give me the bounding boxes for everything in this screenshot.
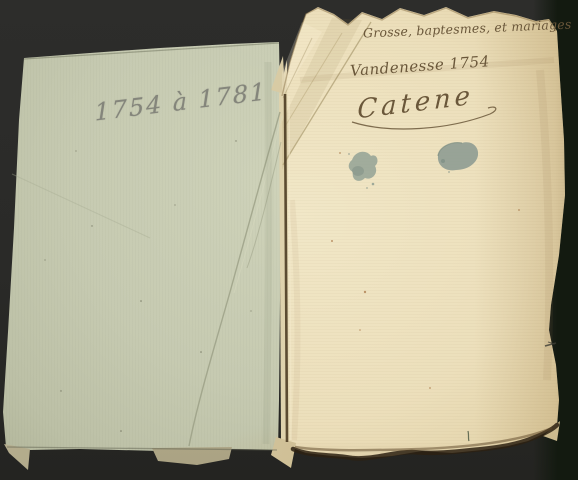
left-page-bottom-edge-shadow — [7, 447, 277, 450]
ink-blot-small — [348, 152, 378, 189]
paper-detail-overlay — [0, 0, 578, 480]
ink-blot-large — [438, 142, 478, 173]
left-page-specks — [44, 140, 251, 432]
right-page-stains — [331, 152, 520, 389]
archival-register-scan: 1754 à 1781 Grosse, baptesmes, et mariag… — [0, 0, 578, 480]
right-page-edge-marks — [468, 342, 556, 441]
charred-bottom-edge — [293, 425, 557, 458]
left-page-top-edge-shadow — [24, 43, 279, 59]
charred-bottom-edge-inner — [295, 428, 552, 450]
